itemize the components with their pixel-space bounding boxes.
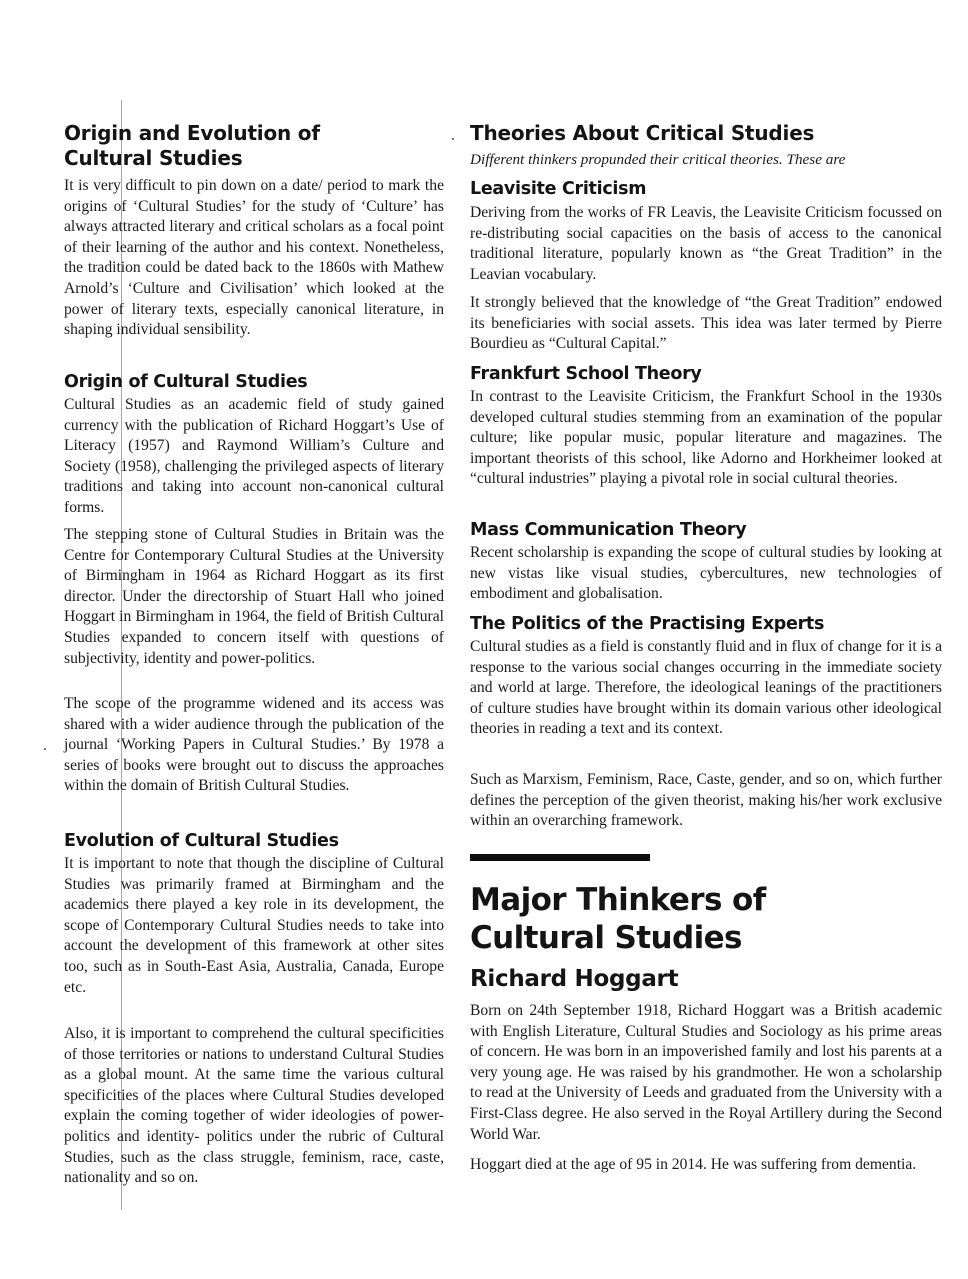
heading-mass-communication: Mass Communication Theory xyxy=(470,519,746,541)
intro-paragraph: It is very difficult to pin down on a da… xyxy=(64,176,444,341)
scan-speck xyxy=(44,748,46,750)
heading-origin: Origin of Cultural Studies xyxy=(64,371,307,393)
section-subtitle: Different thinkers propunded their criti… xyxy=(470,150,942,170)
leavisite-paragraph-2: It strongly believed that the knowledge … xyxy=(470,293,942,355)
thinker-name-heading: Richard Hoggart xyxy=(470,965,678,993)
major-thinkers-title: Major Thinkers of Cultural Studies xyxy=(470,881,790,957)
section-divider-bar xyxy=(470,854,650,861)
frankfurt-paragraph: In contrast to the Leavisite Criticism, … xyxy=(470,387,942,490)
mass-communication-paragraph: Recent scholarship is expanding the scop… xyxy=(470,543,942,605)
leavisite-paragraph-1: Deriving from the works of FR Leavis, th… xyxy=(470,203,942,285)
origin-paragraph-2: The stepping stone of Cultural Studies i… xyxy=(64,525,444,669)
politics-paragraph-2: Such as Marxism, Feminism, Race, Caste, … xyxy=(470,770,942,832)
heading-frankfurt: Frankfurt School Theory xyxy=(470,363,702,385)
evolution-paragraph-2: Also, it is important to comprehend the … xyxy=(64,1024,444,1189)
section-title-origin-evolution: Origin and Evolution of Cultural Studies xyxy=(64,121,364,171)
scan-speck xyxy=(452,138,454,140)
hoggart-paragraph-1: Born on 24th September 1918, Richard Hog… xyxy=(470,1001,942,1145)
origin-paragraph-1: Cultural Studies as an academic field of… xyxy=(64,395,444,519)
politics-paragraph-1: Cultural studies as a field is constantl… xyxy=(470,637,942,740)
heading-politics: The Politics of the Practising Experts xyxy=(470,613,824,635)
heading-evolution: Evolution of Cultural Studies xyxy=(64,830,339,852)
evolution-paragraph-1: It is important to note that though the … xyxy=(64,854,444,998)
hoggart-paragraph-2: Hoggart died at the age of 95 in 2014. H… xyxy=(470,1155,942,1176)
section-title-theories: Theories About Critical Studies xyxy=(470,121,814,146)
origin-paragraph-3: The scope of the programme widened and i… xyxy=(64,694,444,797)
heading-leavisite: Leavisite Criticism xyxy=(470,178,646,200)
